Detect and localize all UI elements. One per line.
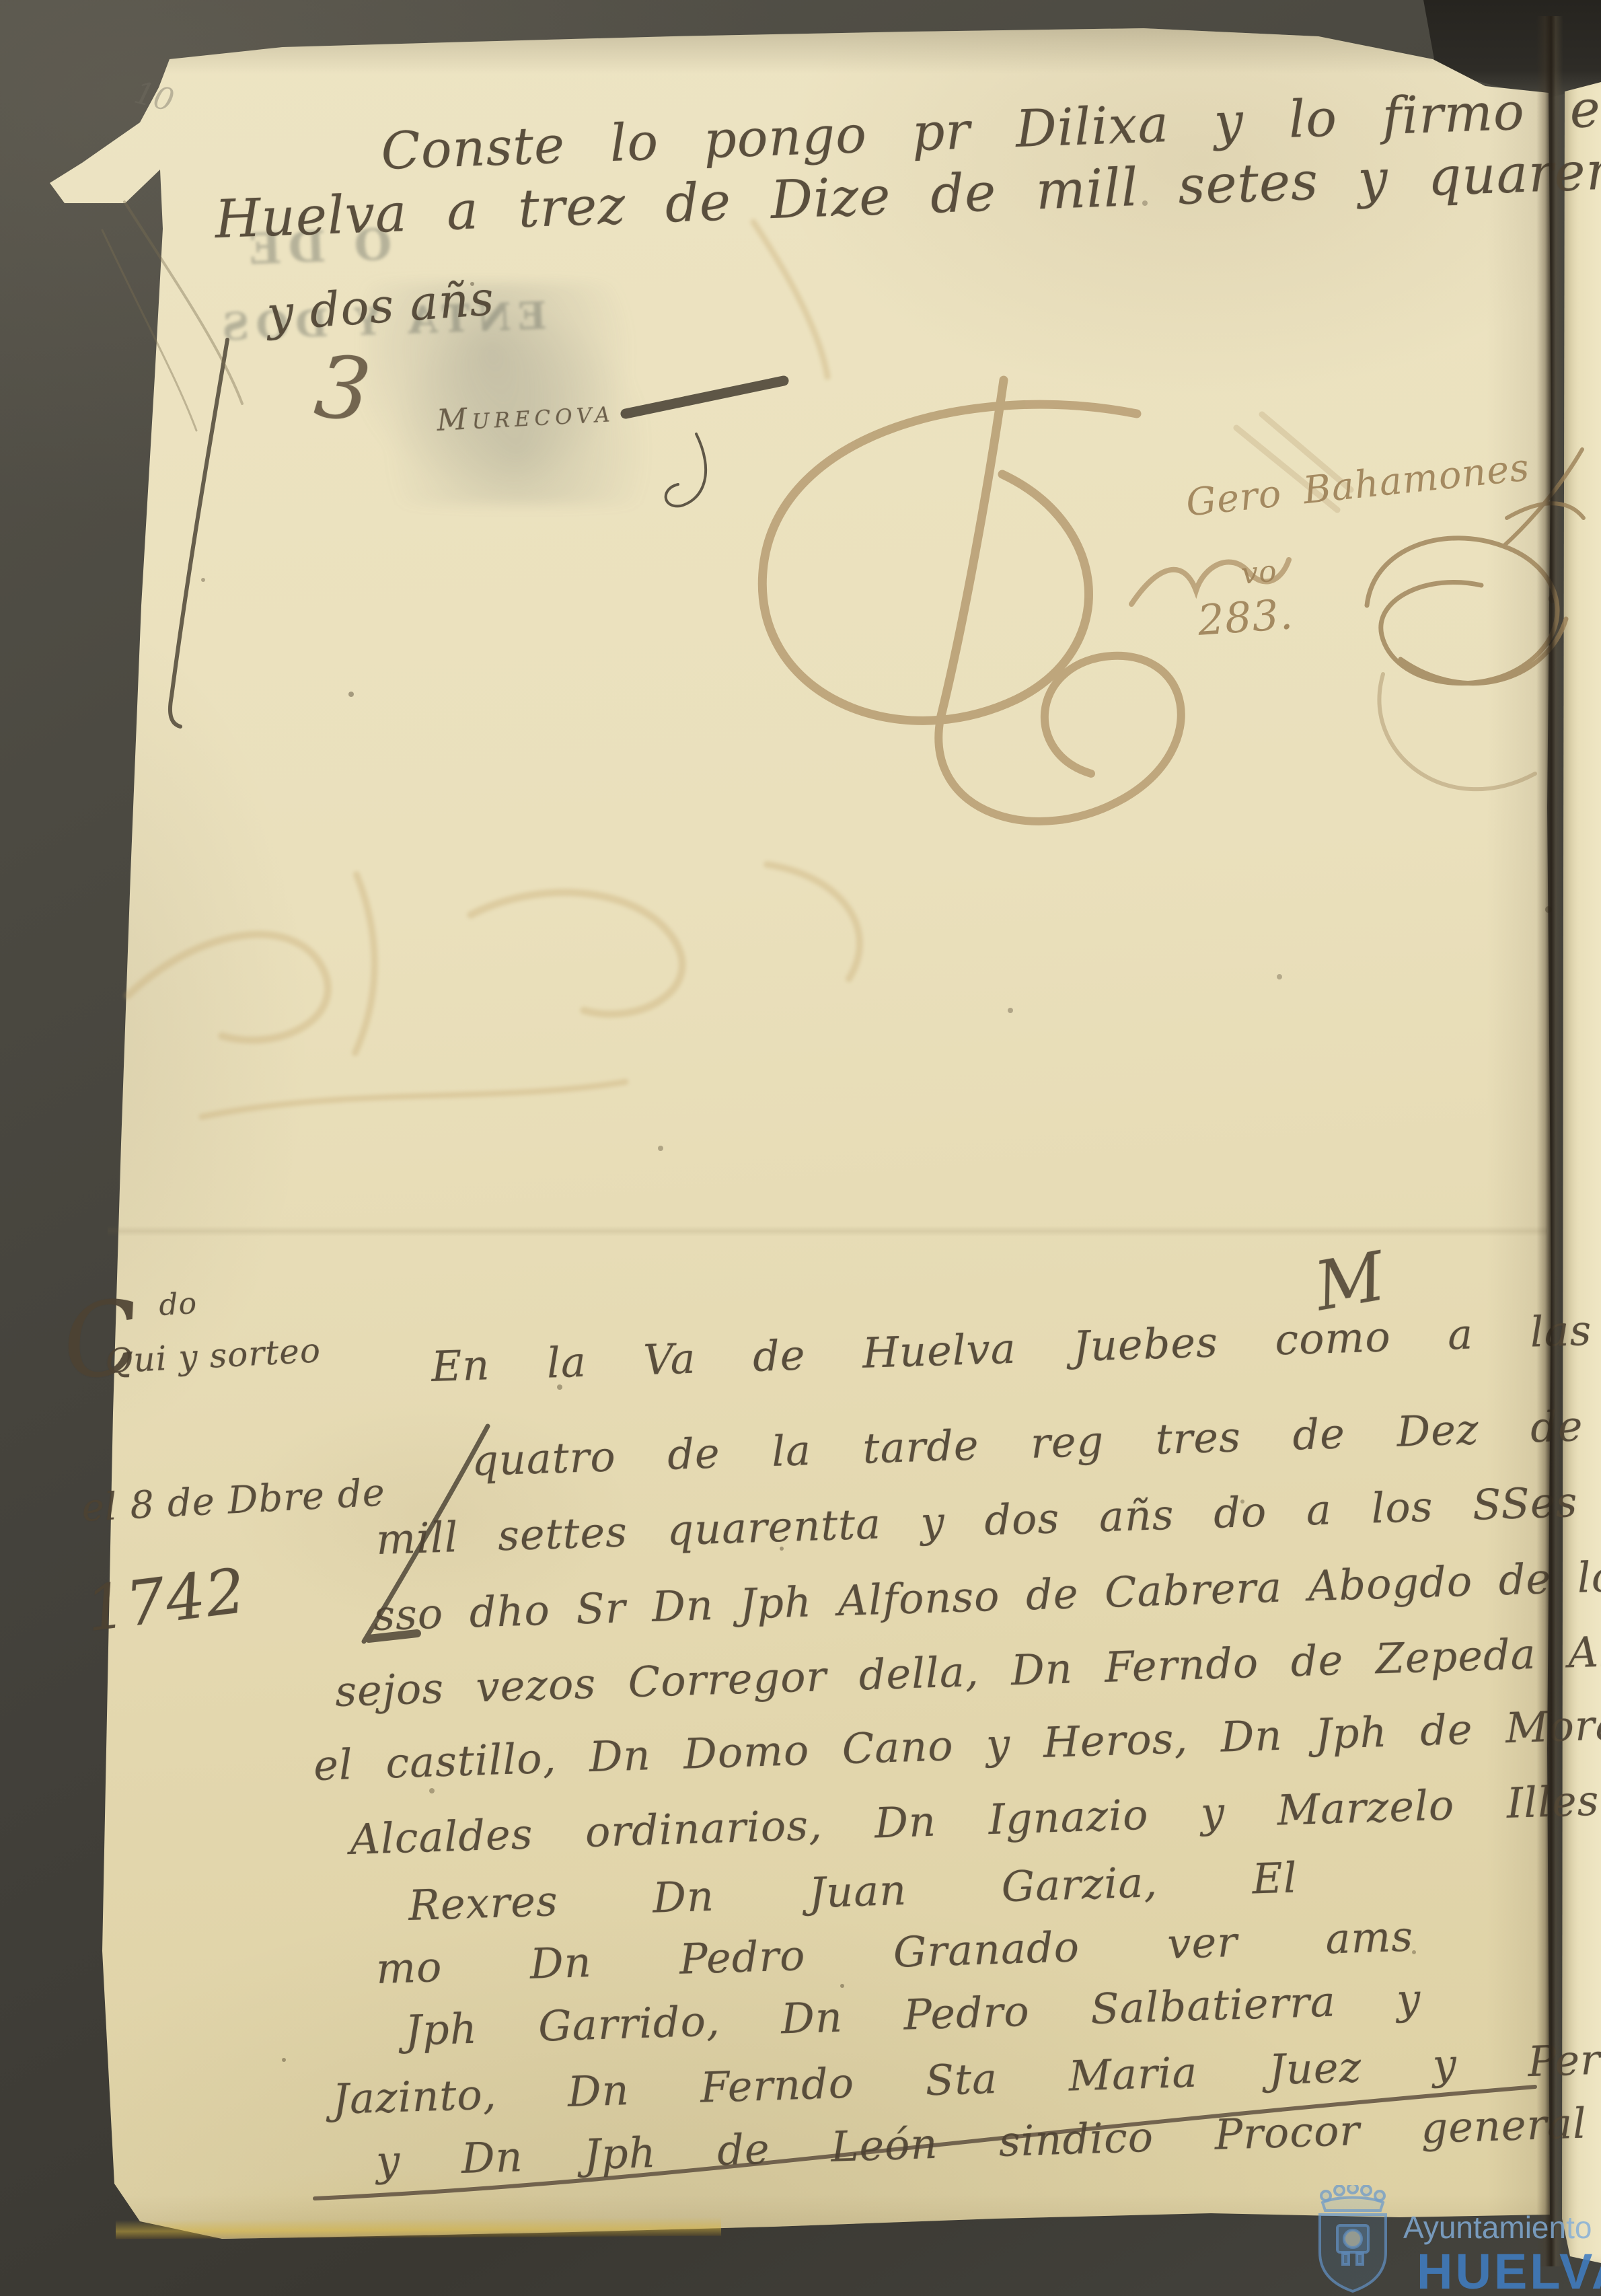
signature-number: 283. bbox=[1196, 589, 1295, 645]
huelva-crest-icon bbox=[1310, 2185, 1395, 2296]
watermark-text: Ayuntamiento de bbox=[1403, 2209, 1601, 2246]
paraph-digit: 3 bbox=[310, 336, 376, 442]
manuscript-photo: O DE ENTA Y DOS 10 bbox=[0, 0, 1601, 2296]
watermark-title: HUELVA bbox=[1417, 2243, 1601, 2296]
ghost-strokes bbox=[128, 222, 860, 1117]
margin-sup: do bbox=[158, 1286, 198, 1323]
top-ink-strokes bbox=[626, 381, 784, 506]
signature-abbr: vo bbox=[1240, 554, 1279, 591]
binding-gutter bbox=[1536, 16, 1563, 2266]
